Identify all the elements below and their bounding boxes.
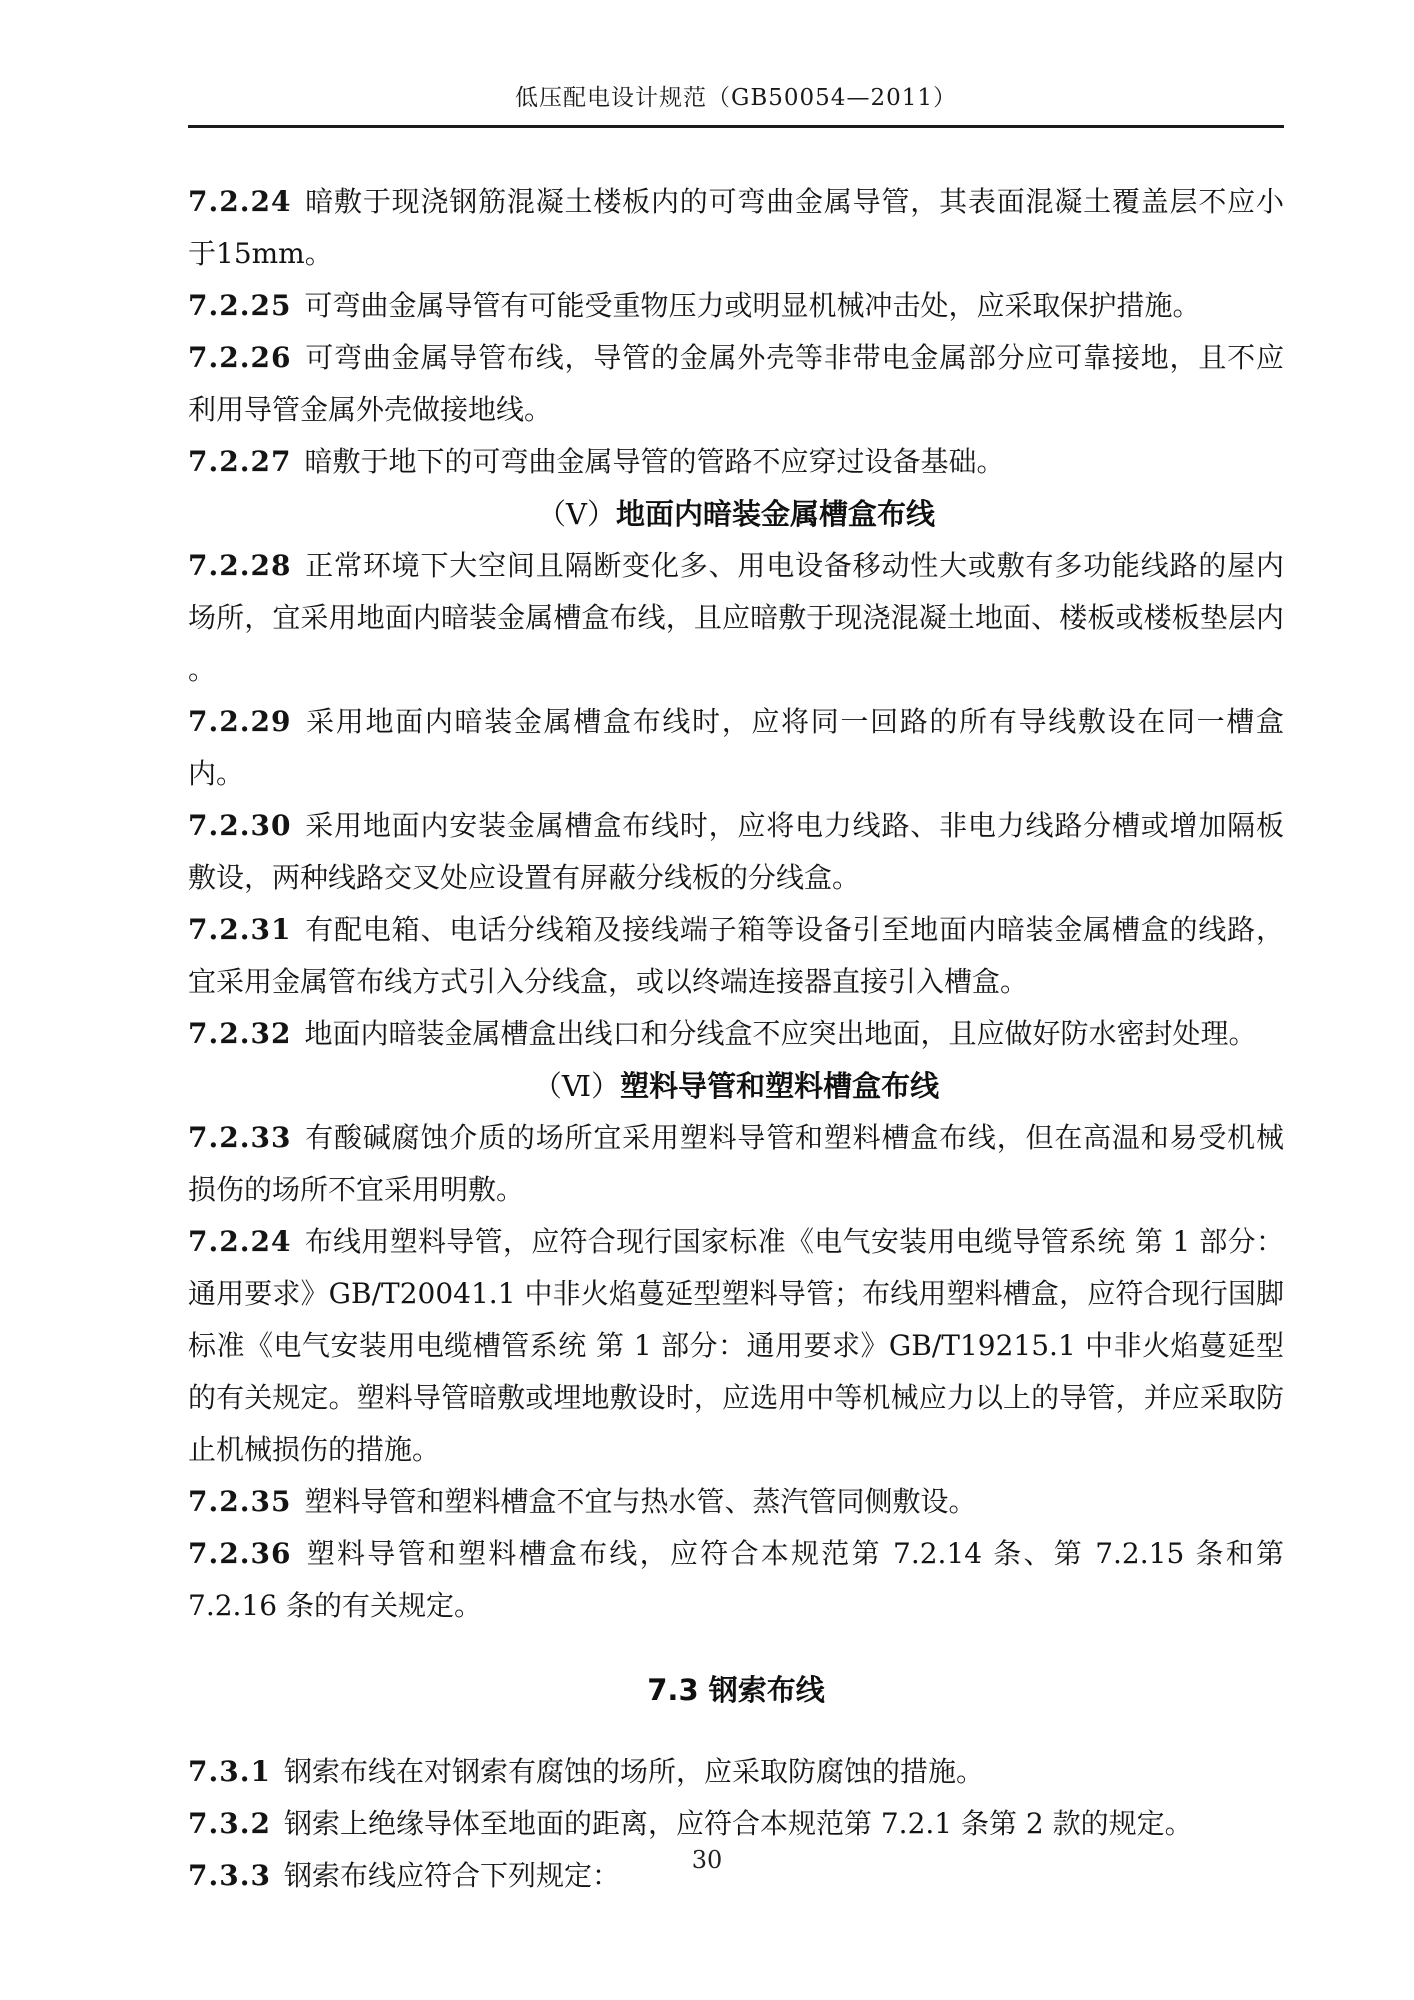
clause-7-2-29: 7.2.29采用地面内暗装金属槽盒布线时，应将同一回路的所有导线敷设在同一槽盒内… <box>188 696 1284 800</box>
clause-number: 7.2.33 <box>188 1121 291 1154</box>
page-footer: 30 <box>0 1846 1414 1874</box>
clause-7-2-25: 7.2.25可弯曲金属导管有可能受重物压力或明显机械冲击处，应采取保护措施。 <box>188 280 1284 332</box>
document-title: 低压配电设计规范（GB50054—2011） <box>188 82 1284 114</box>
clause-7-2-35: 7.2.35塑料导管和塑料槽盒不宜与热水管、蒸汽管同侧敷设。 <box>188 1476 1284 1528</box>
clause-number: 7.2.35 <box>188 1485 291 1518</box>
subheading-title: 塑料导管和塑料槽盒布线 <box>620 1069 939 1103</box>
subheading-prefix: （Ⅴ） <box>537 497 616 531</box>
clause-text: 布线用塑料导管，应符合现行国家标准《电气安装用电缆导管系统 第 1 部分：通用要… <box>188 1225 1284 1466</box>
clause-text: 塑料导管和塑料槽盒布线，应符合本规范第 7.2.14 条、第 7.2.15 条和… <box>188 1537 1284 1622</box>
subheading-v-floor-metal-trunking: （Ⅴ）地面内暗装金属槽盒布线 <box>188 488 1284 540</box>
clause-number: 7.2.26 <box>188 341 291 374</box>
clause-number: 7.2.30 <box>188 809 291 842</box>
clause-text: 采用地面内暗装金属槽盒布线时，应将同一回路的所有导线敷设在同一槽盒内。 <box>188 705 1284 790</box>
clause-7-2-32: 7.2.32地面内暗装金属槽盒出线口和分线盒不应突出地面，且应做好防水密封处理。 <box>188 1008 1284 1060</box>
clause-text: 暗敷于现浇钢筋混凝土楼板内的可弯曲金属导管，其表面混凝土覆盖层不应小于15mm。 <box>188 185 1284 270</box>
clause-text: 采用地面内安装金属槽盒布线时，应将电力线路、非电力线路分槽或增加隔板敷设，两种线… <box>188 809 1284 894</box>
clause-text: 暗敷于地下的可弯曲金属导管的管路不应穿过设备基础。 <box>304 445 1004 478</box>
header-rule <box>188 125 1284 128</box>
clause-text: 可弯曲金属导管有可能受重物压力或明显机械冲击处，应采取保护措施。 <box>304 289 1200 322</box>
clause-number: 7.2.32 <box>188 1017 291 1050</box>
clause-number: 7.2.31 <box>188 913 291 946</box>
clause-text: 正常环境下大空间且隔断变化多、用电设备移动性大或敷有多功能线路的屋内场所，宜采用… <box>188 549 1284 686</box>
clause-7-3-2: 7.3.2钢索上绝缘导体至地面的距离，应符合本规范第 7.2.1 条第 2 款的… <box>188 1798 1284 1850</box>
clause-7-3-1: 7.3.1钢索布线在对钢索有腐蚀的场所，应采取防腐蚀的措施。 <box>188 1746 1284 1798</box>
clause-number: 7.2.27 <box>188 445 291 478</box>
clause-number: 7.2.24 <box>188 185 291 218</box>
clause-7-2-24: 7.2.24暗敷于现浇钢筋混凝土楼板内的可弯曲金属导管，其表面混凝土覆盖层不应小… <box>188 176 1284 280</box>
clause-7-2-27: 7.2.27暗敷于地下的可弯曲金属导管的管路不应穿过设备基础。 <box>188 436 1284 488</box>
clause-7-2-24b: 7.2.24布线用塑料导管，应符合现行国家标准《电气安装用电缆导管系统 第 1 … <box>188 1216 1284 1476</box>
clause-number: 7.2.24 <box>188 1225 291 1258</box>
subheading-vi-plastic-conduit-trunking: （Ⅵ）塑料导管和塑料槽盒布线 <box>188 1060 1284 1112</box>
clause-number: 7.2.36 <box>188 1537 291 1570</box>
clause-7-2-28: 7.2.28正常环境下大空间且隔断变化多、用电设备移动性大或敷有多功能线路的屋内… <box>188 540 1284 696</box>
clause-text: 钢索上绝缘导体至地面的距离，应符合本规范第 7.2.1 条第 2 款的规定。 <box>284 1807 1193 1840</box>
clause-text: 有配电箱、电话分线箱及接线端子箱等设备引至地面内暗装金属槽盒的线路，宜采用金属管… <box>188 913 1284 998</box>
clause-text: 塑料导管和塑料槽盒不宜与热水管、蒸汽管同侧敷设。 <box>304 1485 976 1518</box>
clause-number: 7.2.28 <box>188 549 291 582</box>
subheading-prefix: （Ⅵ） <box>533 1069 620 1103</box>
clause-7-2-33: 7.2.33有酸碱腐蚀介质的场所宜采用塑料导管和塑料槽盒布线，但在高温和易受机械… <box>188 1112 1284 1216</box>
clause-text: 钢索布线在对钢索有腐蚀的场所，应采取防腐蚀的措施。 <box>284 1755 984 1788</box>
clause-text: 有酸碱腐蚀介质的场所宜采用塑料导管和塑料槽盒布线，但在高温和易受机械损伤的场所不… <box>188 1121 1284 1206</box>
page-header: 低压配电设计规范（GB50054—2011） <box>188 0 1284 128</box>
clause-7-2-26: 7.2.26可弯曲金属导管布线，导管的金属外壳等非带电金属部分应可靠接地，且不应… <box>188 332 1284 436</box>
clause-7-2-30: 7.2.30采用地面内安装金属槽盒布线时，应将电力线路、非电力线路分槽或增加隔板… <box>188 800 1284 904</box>
page-content: 7.2.24暗敷于现浇钢筋混凝土楼板内的可弯曲金属导管，其表面混凝土覆盖层不应小… <box>188 176 1284 1902</box>
section-heading-7-3-steel-cable-wiring: 7.3 钢索布线 <box>188 1664 1284 1716</box>
clause-number: 7.3.2 <box>188 1807 271 1840</box>
clause-number: 7.3.1 <box>188 1755 271 1788</box>
clause-text: 地面内暗装金属槽盒出线口和分线盒不应突出地面，且应做好防水密封处理。 <box>304 1017 1256 1050</box>
clause-text: 可弯曲金属导管布线，导管的金属外壳等非带电金属部分应可靠接地，且不应利用导管金属… <box>188 341 1284 426</box>
clause-7-2-31: 7.2.31有配电箱、电话分线箱及接线端子箱等设备引至地面内暗装金属槽盒的线路，… <box>188 904 1284 1008</box>
subheading-title: 地面内暗装金属槽盒布线 <box>616 497 935 531</box>
clause-number: 7.2.25 <box>188 289 291 322</box>
page-number: 30 <box>692 1846 723 1874</box>
clause-7-2-36: 7.2.36塑料导管和塑料槽盒布线，应符合本规范第 7.2.14 条、第 7.2… <box>188 1528 1284 1632</box>
clause-number: 7.2.29 <box>188 705 291 738</box>
